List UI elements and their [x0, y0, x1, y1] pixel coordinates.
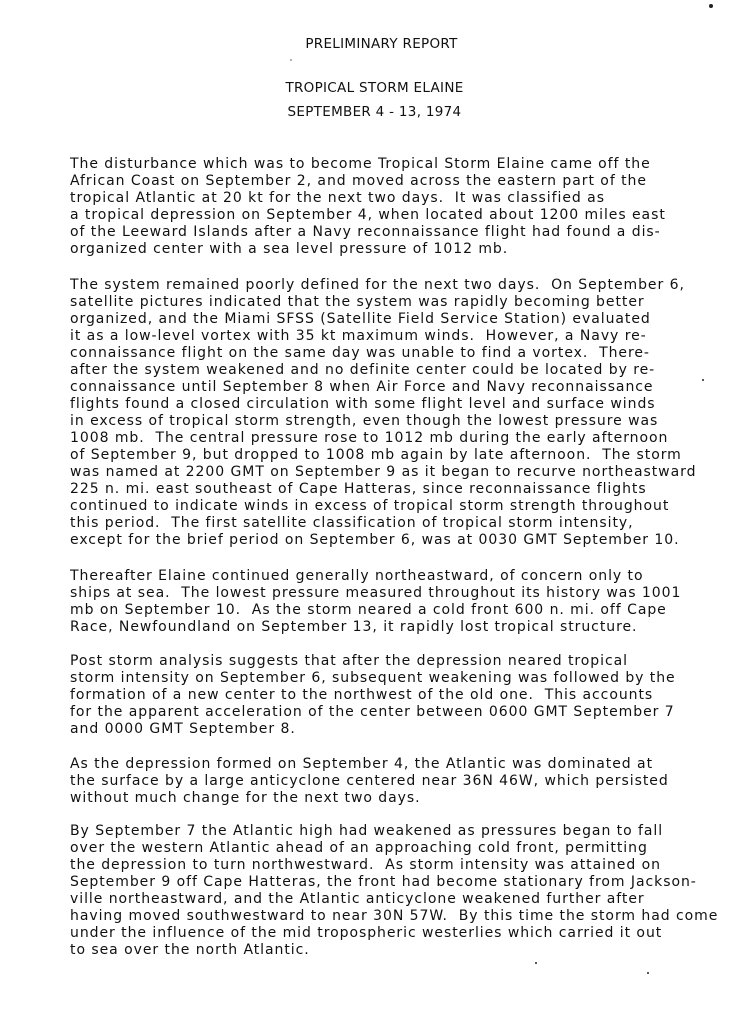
text-line: ships at sea. The lowest pressure measur… — [70, 585, 681, 602]
text-line: having moved southwestward to near 30N 5… — [70, 908, 718, 925]
storm-name-heading: TROPICAL STORM ELAINE — [0, 80, 749, 96]
text-line: As the depression formed on September 4,… — [70, 756, 669, 773]
text-line: formation of a new center to the northwe… — [70, 687, 676, 704]
text-line: of September 9, but dropped to 1008 mb a… — [70, 447, 696, 464]
text-line: Post storm analysis suggests that after … — [70, 653, 676, 670]
paragraph-development: The system remained poorly defined for t… — [70, 277, 696, 549]
text-line: for the apparent acceleration of the cen… — [70, 704, 676, 721]
text-line: except for the brief period on September… — [70, 532, 696, 549]
text-line: this period. The first satellite classif… — [70, 515, 696, 532]
paragraph-track: Thereafter Elaine continued generally no… — [70, 568, 681, 636]
text-line: continued to indicate winds in excess of… — [70, 498, 696, 515]
text-line: the surface by a large anticyclone cente… — [70, 773, 669, 790]
text-line: ville northeastward, and the Atlantic an… — [70, 891, 718, 908]
text-line: flights found a closed circulation with … — [70, 396, 696, 413]
text-line: over the western Atlantic ahead of an ap… — [70, 840, 718, 857]
scan-speck — [709, 4, 713, 8]
text-line: in excess of tropical storm strength, ev… — [70, 413, 696, 430]
scan-speck — [535, 962, 537, 964]
text-line: a tropical depression on September 4, wh… — [70, 207, 666, 224]
text-line: organized center with a sea level pressu… — [70, 241, 666, 258]
text-line: under the influence of the mid troposphe… — [70, 925, 718, 942]
text-line: was named at 2200 GMT on September 9 as … — [70, 464, 696, 481]
text-line: it as a low-level vortex with 35 kt maxi… — [70, 328, 696, 345]
paragraph-synoptic-setting: As the depression formed on September 4,… — [70, 756, 669, 807]
text-line: after the system weakened and no definit… — [70, 362, 696, 379]
text-line: storm intensity on September 6, subseque… — [70, 670, 676, 687]
text-line: By September 7 the Atlantic high had wea… — [70, 823, 718, 840]
scan-speck — [647, 972, 649, 974]
text-line: tropical Atlantic at 20 kt for the next … — [70, 190, 666, 207]
text-line: satellite pictures indicated that the sy… — [70, 294, 696, 311]
report-type-heading: PRELIMINARY REPORT — [7, 36, 749, 52]
text-line: The disturbance which was to become Trop… — [70, 156, 666, 173]
text-line: without much change for the next two day… — [70, 790, 669, 807]
text-line: Thereafter Elaine continued generally no… — [70, 568, 681, 585]
text-line: Race, Newfoundland on September 13, it r… — [70, 619, 681, 636]
text-line: 1008 mb. The central pressure rose to 10… — [70, 430, 696, 447]
text-line: of the Leeward Islands after a Navy reco… — [70, 224, 666, 241]
text-line: connaissance flight on the same day was … — [70, 345, 696, 362]
text-line: September 9 off Cape Hatteras, the front… — [70, 874, 718, 891]
paragraph-origin: The disturbance which was to become Trop… — [70, 156, 666, 258]
text-line: 225 n. mi. east southeast of Cape Hatter… — [70, 481, 696, 498]
scan-speck — [290, 59, 292, 61]
paragraph-post-analysis: Post storm analysis suggests that after … — [70, 653, 676, 738]
text-line: mb on September 10. As the storm neared … — [70, 602, 681, 619]
text-line: the depression to turn northwestward. As… — [70, 857, 718, 874]
text-line: organized, and the Miami SFSS (Satellite… — [70, 311, 696, 328]
text-line: and 0000 GMT September 8. — [70, 721, 676, 738]
storm-dates-heading: SEPTEMBER 4 - 13, 1974 — [0, 104, 749, 120]
text-line: African Coast on September 2, and moved … — [70, 173, 666, 190]
document-page: PRELIMINARY REPORT TROPICAL STORM ELAINE… — [0, 0, 749, 1034]
paragraph-steering: By September 7 the Atlantic high had wea… — [70, 823, 718, 959]
text-line: The system remained poorly defined for t… — [70, 277, 696, 294]
text-line: to sea over the north Atlantic. — [70, 942, 718, 959]
text-line: connaissance until September 8 when Air … — [70, 379, 696, 396]
scan-speck — [702, 379, 704, 381]
